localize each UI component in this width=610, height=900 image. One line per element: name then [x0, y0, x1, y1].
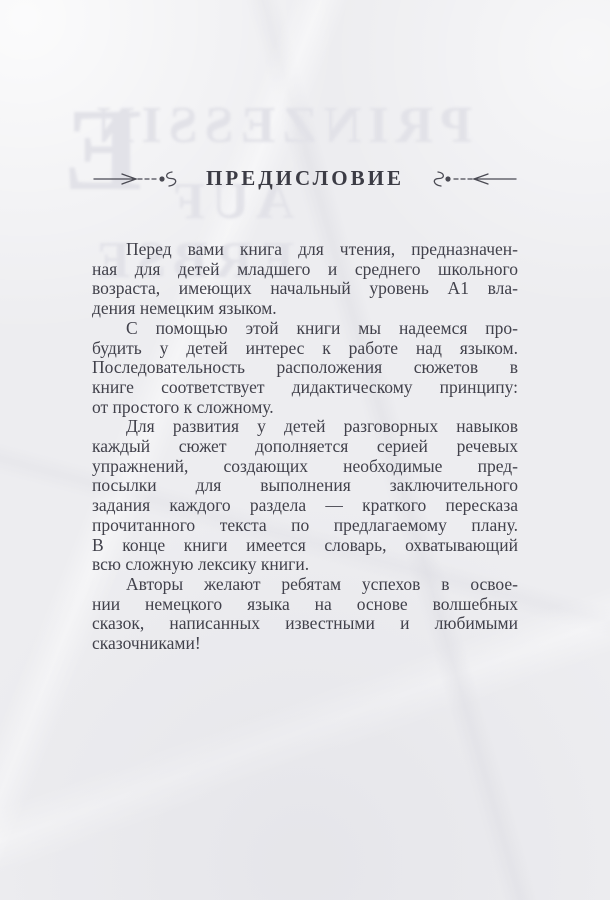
page-title: ПРЕДИСЛОВИЕ — [206, 166, 404, 191]
text-line: от простого к сложному. — [92, 398, 518, 418]
text-line: упражнений, создающих необходимые пред- — [92, 457, 518, 477]
text-line: прочитанного текста по предлагаемому пла… — [92, 516, 518, 536]
text-line: Авторы желают ребятам успехов в освое- — [92, 575, 518, 595]
paragraph: Авторы желают ребятам успехов в освое-ни… — [92, 575, 518, 654]
text-line: ная для детей младшего и среднего школьн… — [92, 260, 518, 280]
showthrough-drop-cap: E — [63, 82, 142, 218]
text-line: будить у детей интерес к работе над язык… — [92, 339, 518, 359]
text-line: В конце книги имеется словарь, охватываю… — [92, 536, 518, 556]
text-line: Перед вами книга для чтения, предназначе… — [92, 240, 518, 260]
text-line: сказок, написанных известными и любимыми — [92, 614, 518, 634]
text-line: книге соответствует дидактическому принц… — [92, 378, 518, 398]
text-line: сказочниками! — [92, 634, 518, 654]
chapter-heading-row: ПРЕДИСЛОВИЕ — [0, 166, 610, 191]
text-line: посылки для выполнения заключительного — [92, 476, 518, 496]
book-page: E PRINZESSIN AUF ERBSE ПРЕДИСЛОВИЕ — [0, 0, 610, 900]
text-line: нии немецкого языка на основе волшебных — [92, 595, 518, 615]
text-line: Последовательность расположения сюжетов … — [92, 358, 518, 378]
paragraph: С помощью этой книги мы надеемся про-буд… — [92, 319, 518, 418]
text-line: дения немецким языком. — [92, 299, 518, 319]
text-line: задания каждого раздела — краткого перес… — [92, 496, 518, 516]
text-line: Для развития у детей разговорных навыков — [92, 417, 518, 437]
flourish-left-icon — [92, 169, 188, 189]
showthrough-title-line1: PRINZESSIN — [90, 96, 472, 155]
flourish-right-icon — [422, 169, 518, 189]
text-line: возраста, имеющих начальный уровень А1 в… — [92, 279, 518, 299]
paragraph: Для развития у детей разговорных навыков… — [92, 417, 518, 575]
text-line: всю сложную лексику книги. — [92, 555, 518, 575]
preface-body: Перед вами книга для чтения, предназначе… — [92, 240, 518, 654]
text-line: каждый сюжет дополняется серией речевых — [92, 437, 518, 457]
paragraph: Перед вами книга для чтения, предназначе… — [92, 240, 518, 319]
text-line: С помощью этой книги мы надеемся про- — [92, 319, 518, 339]
